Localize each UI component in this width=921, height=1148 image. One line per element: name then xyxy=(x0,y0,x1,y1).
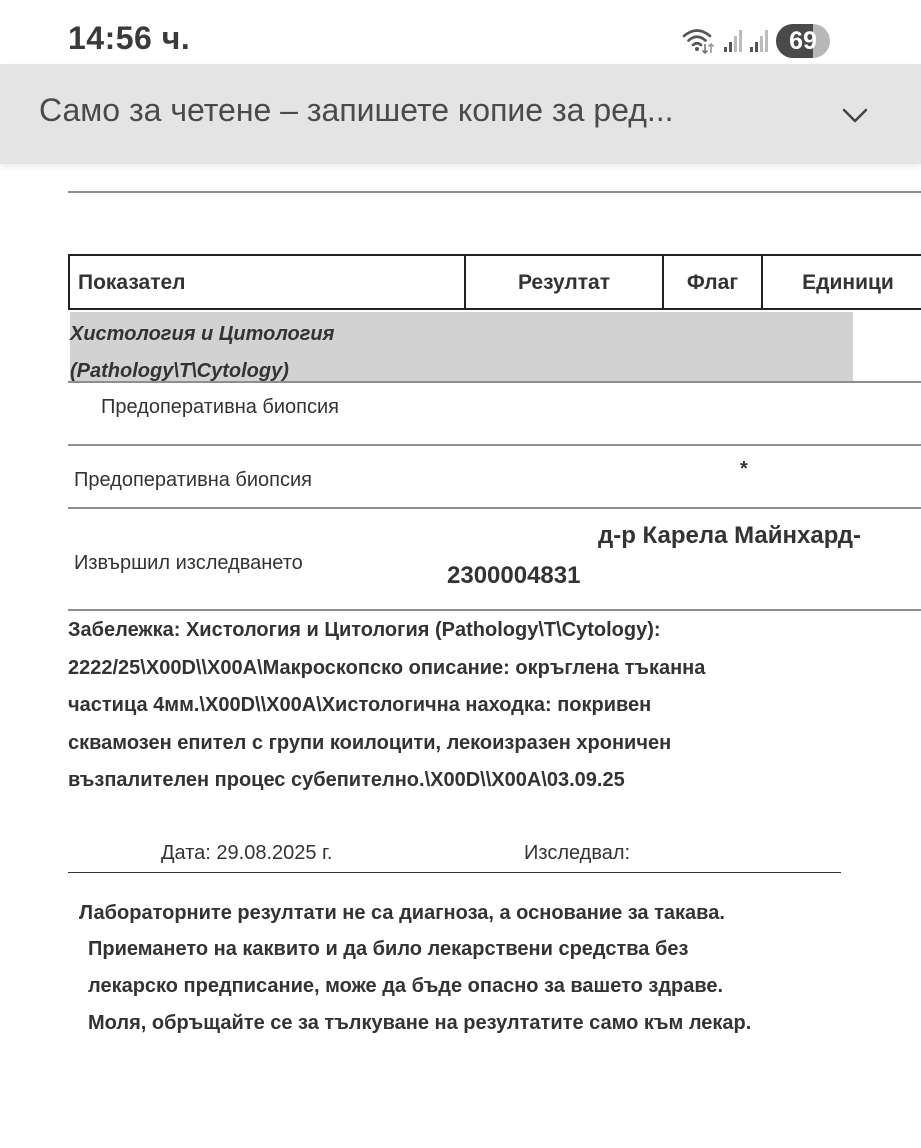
examined-by-label: Изследвал: xyxy=(524,842,630,865)
row-divider xyxy=(68,444,921,446)
section-header-row: Хистология и Цитология (Pathology\T\Cyto… xyxy=(70,312,853,382)
note-line: възпалителен процес субепително.\X00D\\X… xyxy=(68,762,828,800)
chevron-down-icon[interactable] xyxy=(838,100,872,130)
wifi-icon xyxy=(682,26,716,56)
disclaimer-line: лекарско предписание, може да бъде опасн… xyxy=(88,975,723,998)
signature-line xyxy=(68,872,841,873)
header-result: Резултат xyxy=(466,256,664,310)
row-divider xyxy=(68,609,921,611)
clock: 14:56 ч. xyxy=(68,20,190,57)
section-title-line1: Хистология и Цитология xyxy=(70,316,334,353)
table-row-indicator: Предоперативна биопсия xyxy=(74,469,312,492)
divider xyxy=(68,191,921,193)
report-date: Дата: 29.08.2025 г. xyxy=(161,842,332,865)
performed-by-name: д-р Карела Майнхард- xyxy=(598,522,861,550)
status-bar: 14:56 ч. 69 xyxy=(0,0,921,64)
table-header: Показател Резултат Флаг Единици xyxy=(68,254,921,310)
section-title-line2: (Pathology\T\Cytology) xyxy=(70,353,334,390)
banner-text: Само за четене – запишете копие за ред..… xyxy=(39,92,674,129)
table-row-indicator: Предоперативна биопсия xyxy=(101,396,339,419)
note-line: Забележка: Хистология и Цитология (Patho… xyxy=(68,612,828,650)
signal-icon xyxy=(750,30,768,52)
read-only-banner[interactable]: Само за четене – запишете копие за ред..… xyxy=(0,64,921,164)
document: Показател Резултат Флаг Единици Хистолог… xyxy=(0,164,921,1148)
header-flag: Флаг xyxy=(664,256,763,310)
performed-by-id: 2300004831 xyxy=(447,562,580,590)
note-line: частица 4мм.\X00D\\X00A\Хистологична нах… xyxy=(68,687,828,725)
note-line: 2222/25\X00D\\X00A\Макроскопско описание… xyxy=(68,650,828,688)
system-icons: 69 xyxy=(682,24,830,58)
disclaimer-line: Моля, обръщайте се за тълкуване на резул… xyxy=(88,1012,751,1035)
note-line: сквамозен епител с групи коилоцити, леко… xyxy=(68,725,828,763)
header-indicator: Показател xyxy=(70,256,466,310)
battery-icon: 69 xyxy=(776,24,830,58)
section-title: Хистология и Цитология (Pathology\T\Cyto… xyxy=(70,316,334,390)
header-units: Единици xyxy=(763,256,921,310)
battery-percent: 69 xyxy=(776,24,830,58)
disclaimer-line: Лабораторните резултати не са диагноза, … xyxy=(79,902,725,925)
signal-icon xyxy=(724,30,742,52)
note: Забележка: Хистология и Цитология (Patho… xyxy=(68,612,828,800)
table-row-indicator: Извършил изследването xyxy=(74,552,303,575)
disclaimer-line: Приемането на каквито и да било лекарств… xyxy=(88,938,688,961)
row-divider xyxy=(68,381,921,383)
row-divider xyxy=(68,507,921,509)
table-row-result: * xyxy=(740,458,748,481)
